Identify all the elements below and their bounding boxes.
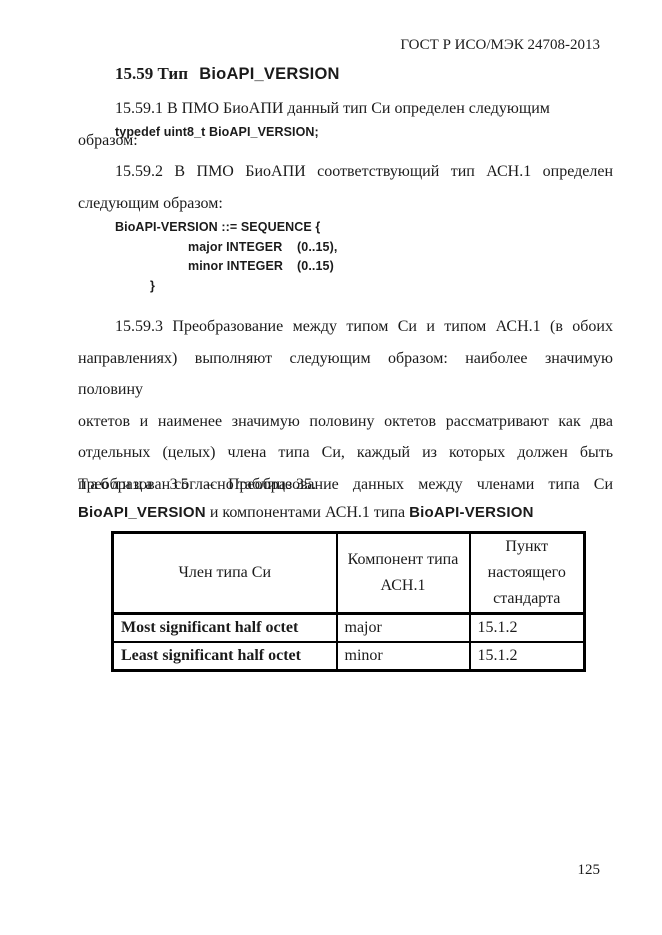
- code-line: minor INTEGER(0..15): [188, 257, 337, 277]
- column-header-asn-component: Компонент типа АСН.1: [337, 533, 470, 614]
- table-row: Least significant half octet minor 15.1.…: [113, 642, 585, 671]
- paragraph-line: 15.59.2 В ПМО БиоАПИ соответствующий тип…: [78, 156, 613, 188]
- table-caption-asn-type: BioAPI-VERSION: [409, 504, 533, 521]
- section-heading-type-name: BioAPI_VERSION: [199, 65, 339, 83]
- column-header-c-member: Член типа Си: [113, 533, 337, 614]
- document-page: ГОСТ Р ИСО/МЭК 24708-2013 15.59 Тип BioA…: [0, 0, 662, 935]
- code-field-range: (0..15): [297, 259, 334, 273]
- code-field-range: (0..15),: [297, 240, 337, 254]
- cell-member: Most significant half octet: [113, 614, 337, 643]
- table-caption-line: BioAPI_VERSION и компонентами АСН.1 типа…: [78, 499, 613, 527]
- paragraph-line: отдельных (целых) члена типа Си, каждый …: [78, 437, 613, 469]
- table-row: Most significant half octet major 15.1.2: [113, 614, 585, 643]
- table-caption-number: 35: [170, 476, 192, 493]
- table-caption-line: Таблица 35 – Преобразование данных между…: [78, 471, 613, 499]
- section-heading: 15.59 Тип BioAPI_VERSION: [115, 63, 340, 85]
- code-line: }: [150, 277, 337, 297]
- conversion-table: Член типа Си Компонент типа АСН.1 Пункт …: [111, 531, 586, 672]
- table-caption-c-type: BioAPI_VERSION: [78, 504, 206, 521]
- paragraph-15-59-2: 15.59.2 В ПМО БиоАПИ соответствующий тип…: [78, 156, 613, 219]
- asn1-code-block: BioAPI-VERSION ::= SEQUENCE { major INTE…: [115, 218, 337, 297]
- table-caption-dash: –: [206, 476, 214, 493]
- cell-clause: 15.1.2: [470, 614, 585, 643]
- cell-member: Least significant half octet: [113, 642, 337, 671]
- paragraph-line: октетов и наименее значимую половину окт…: [78, 406, 613, 438]
- code-line: major INTEGER(0..15),: [188, 238, 337, 258]
- table-caption-label: Таблица: [78, 476, 155, 493]
- code-field-name: minor INTEGER: [188, 257, 297, 277]
- paragraph-line: 15.59.3 Преобразование между типом Си и …: [78, 311, 613, 343]
- page-number: 125: [578, 861, 601, 879]
- table-header-row: Член типа Си Компонент типа АСН.1 Пункт …: [113, 533, 585, 614]
- code-line: typedef uint8_t BioAPI_VERSION;: [115, 123, 319, 143]
- table-caption-middle: и компонентами АСН.1 типа: [210, 504, 405, 521]
- table-caption: Таблица 35 – Преобразование данных между…: [78, 471, 613, 527]
- cell-component: major: [337, 614, 470, 643]
- column-header-clause: Пункт настоящего стандарта: [470, 533, 585, 614]
- paragraph-line: направлениях) выполняют следующим образо…: [78, 343, 613, 406]
- code-field-name: major INTEGER: [188, 238, 297, 258]
- paragraph-line: следующим образом:: [78, 188, 613, 220]
- code-line: BioAPI-VERSION ::= SEQUENCE {: [115, 218, 337, 238]
- cell-component: minor: [337, 642, 470, 671]
- table-caption-text: Преобразование данных между членами типа…: [228, 476, 613, 493]
- section-heading-number: 15.59 Тип: [115, 64, 188, 83]
- c-code-block: typedef uint8_t BioAPI_VERSION;: [115, 123, 319, 143]
- cell-clause: 15.1.2: [470, 642, 585, 671]
- document-header: ГОСТ Р ИСО/МЭК 24708-2013: [400, 36, 600, 54]
